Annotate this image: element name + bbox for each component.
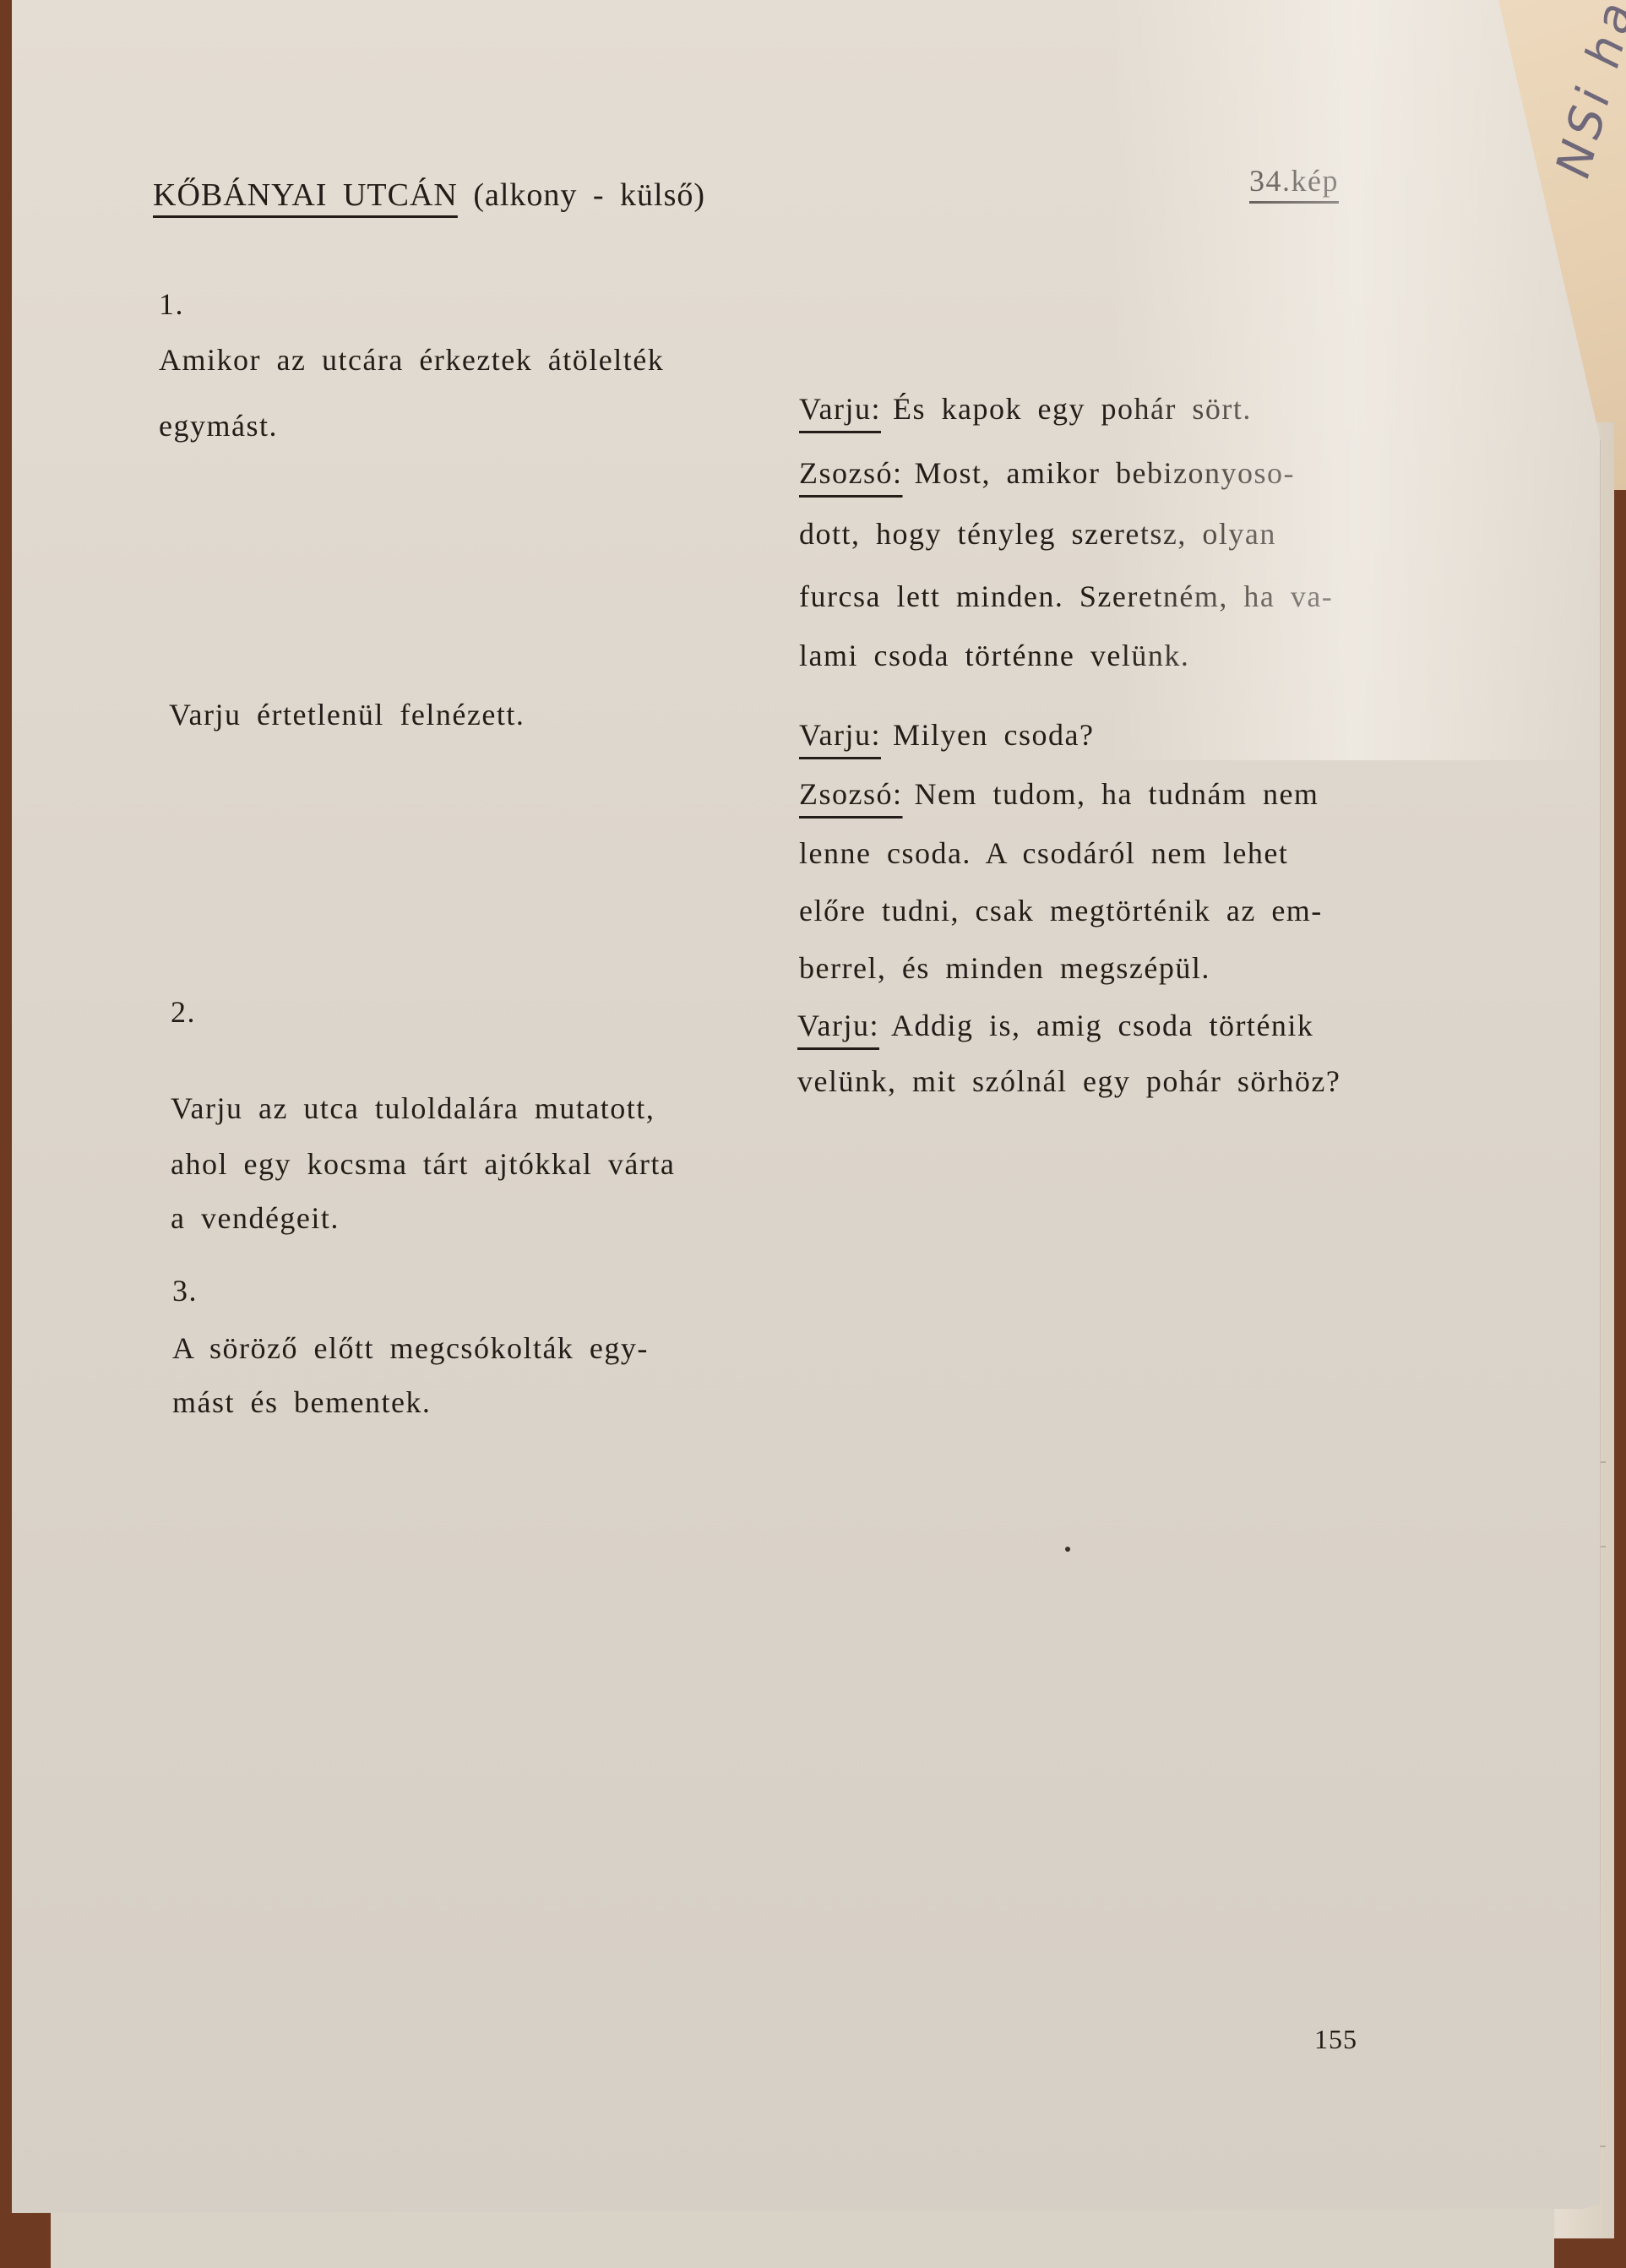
action-line: egymást. [159,411,278,441]
dialogue-text: Most, amikor bebizonyoso- [915,456,1295,490]
section-number: 1. [159,289,184,319]
dialogue-line: Varju:És kapok egy pohár sört. [799,394,1252,424]
scene-number: 34.kép [1249,166,1339,196]
scene-subtitle: (alkony - külső) [473,177,705,213]
dialogue-line: velünk, mit szólnál egy pohár sörhöz? [797,1066,1340,1096]
dialogue-text: És kapok egy pohár sört. [893,392,1252,426]
speaker-name: Varju: [797,1009,879,1042]
dialogue-line: furcsa lett minden. Szeretném, ha va- [799,581,1333,612]
action-line: A söröző előtt megcsókolták egy- [172,1333,649,1363]
speaker-name: Varju: [799,392,881,426]
speaker-name: Varju: [799,718,881,752]
ink-speck [1065,1547,1070,1552]
section-number: 3. [172,1275,198,1306]
dialogue-line: Zsozsó:Most, amikor bebizonyoso- [799,458,1295,488]
scene-title: KŐBÁNYAI UTCÁN [153,177,458,213]
dialogue-line: Varju:Milyen csoda? [799,720,1094,750]
action-line: mást és bementek. [172,1387,431,1417]
action-line: Varju értetlenül felnézett. [169,699,525,730]
action-line: a vendégeit. [171,1203,340,1233]
action-line: Varju az utca tuloldalára mutatott, [171,1093,655,1123]
dialogue-line: lenne csoda. A csodáról nem lehet [799,838,1288,868]
page-number: 155 [1314,2026,1357,2053]
dialogue-line: berrel, és minden megszépül. [799,953,1210,983]
dialogue-text: Addig is, amig csoda történik [891,1009,1313,1042]
scene-heading: KŐBÁNYAI UTCÁN (alkony - külső) [153,179,705,211]
dialogue-line: Zsozsó:Nem tudom, ha tudnám nem [799,779,1319,809]
section-number: 2. [171,997,196,1027]
dialogue-line: dott, hogy tényleg szeretsz, olyan [799,519,1276,549]
dialogue-text: Nem tudom, ha tudnám nem [915,777,1319,811]
speaker-name: Zsozsó: [799,456,903,490]
dialogue-line: lami csoda történne velünk. [799,640,1189,671]
action-line: Amikor az utcára érkeztek átölelték [159,345,664,375]
dialogue-line: Varju:Addig is, amig csoda történik [797,1010,1313,1041]
dialogue-text: Milyen csoda? [893,718,1094,752]
script-page: KŐBÁNYAI UTCÁN (alkony - külső) 34.kép 1… [12,0,1600,2213]
dialogue-line: előre tudni, csak megtörténik az em- [799,895,1323,926]
speaker-name: Zsozsó: [799,777,903,811]
action-line: ahol egy kocsma tárt ajtókkal várta [171,1149,675,1179]
